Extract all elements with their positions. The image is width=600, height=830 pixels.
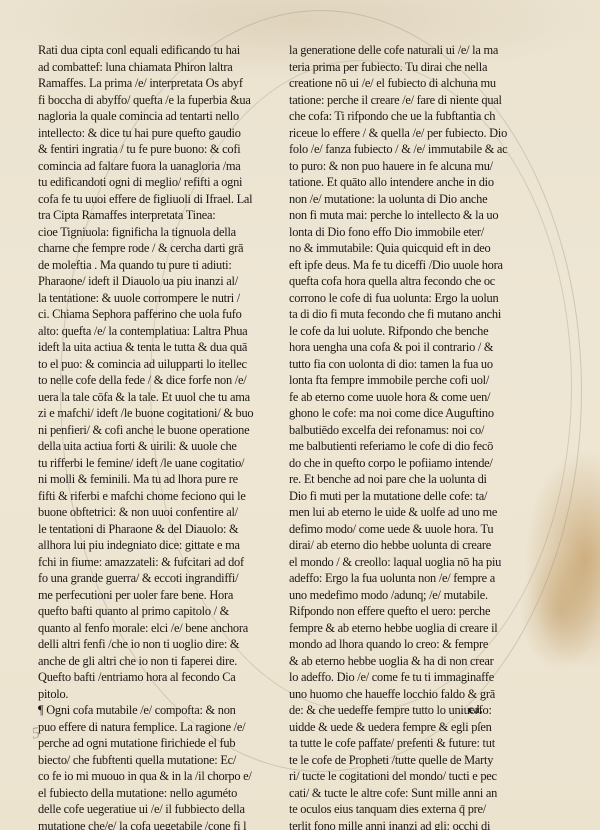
text-line: me balbutienti referiamo le cofe di dio … [289,438,527,455]
text-line: do che in quefto corpo le pofiiamo inten… [289,455,527,472]
text-line: corrono le cofe di fua uolunta: Ergo la … [289,290,527,307]
text-line: quanto al fenfo morale: elci /e/ bene an… [38,620,278,637]
text-line: le cofe da lui uolute. Rifpondo che benc… [289,323,527,340]
text-line: buone obftetrici: & non uuoi confentire … [38,504,278,521]
text-line: adeffo: Ergo la fua uolunta non /e/ femp… [289,570,527,587]
text-line: Pharaone/ ideft il Diauolo ua piu inanzi… [38,273,278,290]
text-line: le tentationi di Pharaone & del Diauolo:… [38,521,278,538]
text-line: puo effere di natura femplice. La ragion… [38,719,278,736]
text-line: balbutiēdo excelfa dei refonamus: noi co… [289,422,527,439]
text-line: Rifpondo non effere quefto el uero: perc… [289,603,527,620]
text-line: tatione. Et quāto allo intendere anche i… [289,174,527,191]
text-line: de moleftia . Ma quando tu pure ti adiut… [38,257,278,274]
text-line: ni molli & feminili. Ma tu ad lhora pure… [38,471,278,488]
text-line: & fentiri ingratia / tu fe pure buono: &… [38,141,278,158]
text-line: co fe io mi muouo in qua & in la /il cho… [38,768,278,785]
text-line: ta tutte le cofe paffate/ prefenti & fut… [289,735,527,752]
text-line: intellecto: & dice tu hai pure quefto ga… [38,125,278,142]
document-page: Rati dua cipta conl equali edificando tu… [0,0,600,830]
text-line: perche ad ogni mutatione firichiede el f… [38,735,278,752]
text-line: fo una grande guerra/ & eccoti ingrandif… [38,570,278,587]
text-line: fi boccha di abyffo/ quefta /e la fuperb… [38,92,278,109]
text-line: creatione nō ui /e/ el fubiecto di alchu… [289,75,527,92]
text-line: charne che fempre rode / & cercha darti … [38,240,278,257]
text-line: uno medefimo modo /adunq; /e/ mutabile. [289,587,527,604]
text-line: anche de gli altri che io non ti faperei… [38,653,278,670]
text-line: ¶ Ogni cofa mutabile /e/ compofta: & non [38,702,278,719]
text-line: to puro: & non puo hauere in fe alcuna m… [289,158,527,175]
text-line: quefto bafti quanto al primo capitolo / … [38,603,278,620]
text-line: non fi muta mai: perche lo intellecto & … [289,207,527,224]
text-line: el fubiecto della mutatione: nello agumé… [38,785,278,802]
text-line: Quefto bafti /entriamo hora al fecondo C… [38,669,278,686]
text-line: uno huomo che haueffe locchio faldo & gr… [289,686,527,703]
text-line: cati/ & tucte le altre cofe: Sunt mille … [289,785,527,802]
text-line: la generatione delle cofe naturali ui /e… [289,42,527,59]
text-line: tra Cipta Ramaffes interpretata Tinea: [38,207,278,224]
text-line: men lui ab eterno le uide & uolfe ad uno… [289,504,527,521]
left-text-column: Rati dua cipta conl equali edificando tu… [38,42,278,830]
text-line: te le cofe de Propheti /tutte quelle de … [289,752,527,769]
text-line: tu rifferbi le femine/ ideft /le uane co… [38,455,278,472]
text-line: zi e mafchi/ ideft /le buone cogitationi… [38,405,278,422]
text-line: folo /e/ fanza fubiecto / & /e/ immutabi… [289,141,527,158]
text-line: biecto/ che fubftenti quella mutatione: … [38,752,278,769]
text-line: fchi in fiume: amazzateli: & fufcitari a… [38,554,278,571]
text-line: defimo modo/ come uede & uuole hora. Tu [289,521,527,538]
text-line: re. Et benche ad noi pare che la uolunta… [289,471,527,488]
text-line: mutatione che/e/ la cofa uegetabile /con… [38,818,278,830]
text-line: cofa fe tu uuoi effere de figliuoli di I… [38,191,278,208]
text-line: de: & che uedeffe fempre tutto lo uniuer… [289,702,527,719]
text-line: uidde & uede & uedera fempre & egli pſen [289,719,527,736]
text-line: riceue lo effere / & quella /e/ per fubi… [289,125,527,142]
text-line: & ab eterno hebbe uoglia & ha di non cre… [289,653,527,670]
text-line: ta di dio fi muta fecondo che fi mutano … [289,306,527,323]
text-line: dirai/ ab eterno dio hebbe uolunta di cr… [289,537,527,554]
text-line: nagloria la quale comincia ad tentarti n… [38,108,278,125]
text-line: tutto fia con uolonta di dio: tamen la f… [289,356,527,373]
text-line: delle cofe uegeratiue ui /e/ il fubbiect… [38,801,278,818]
text-line: ghono le cofe: ma noi come dice Auguftin… [289,405,527,422]
text-line: lo adeffo. Dio /e/ come fe tu ti immagin… [289,669,527,686]
text-line: quefta cofa hora quella altra fecondo ch… [289,273,527,290]
text-line: delli altri fenfi /che io non ti uoglio … [38,636,278,653]
right-text-column: la generatione delle cofe naturali ui /e… [289,42,527,830]
text-line: fe ab eterno come uuole hora & come uen/ [289,389,527,406]
text-line: cioe Tigniuola: fignificha la tignuola d… [38,224,278,241]
text-line: della uita actiua forti & uirili: & uuol… [38,438,278,455]
text-line: to el puo: & comincia ad uilupparti lo i… [38,356,278,373]
text-line: te oculos eius tanquam dies externa q̄ p… [289,801,527,818]
text-line: no & immutabile: Quia quicquid eft in de… [289,240,527,257]
text-line: uera la tale cōfa & la tale. Et uuol che… [38,389,278,406]
text-line: pitolo. [38,686,278,703]
text-line: Ramaffes. La prima /e/ interpretata Os a… [38,75,278,92]
text-line: teria prima per fubiecto. Tu dirai che n… [289,59,527,76]
text-line: Dio fi muti per la mutatione delle cofe:… [289,488,527,505]
text-line: allhora lui piu indegniato dice: gittate… [38,537,278,554]
text-line: tatione: perche il creare /e/ fare di ni… [289,92,527,109]
text-line: non /e/ mutatione: la uolunta di Dio anc… [289,191,527,208]
text-line: comincia ad faltare fuora la uanagloria … [38,158,278,175]
text-line: me perfecutioni per uoler fare bene. Hor… [38,587,278,604]
text-line: ni penfieri/ & cofi anche le buone opera… [38,422,278,439]
text-line: tu edificandoti ogni di meglio/ refifti … [38,174,278,191]
text-line: fifti & riferbi e mafchi chome feciono q… [38,488,278,505]
text-line: terlit fono mille anni inanzi ad gli: oc… [289,818,527,830]
text-line: lonta fta fempre immobile perche cofi uo… [289,372,527,389]
text-line: el mondo / & creollo: laqual uoglia nō h… [289,554,527,571]
text-line: la tentatione: & uuole corrompere le nut… [38,290,278,307]
text-line: to nelle cofe della fede / & dice forfe … [38,372,278,389]
text-line: che cofa: Ti rifpondo che ue la fubftant… [289,108,527,125]
text-line: alto: quefta /e/ la contemplatiua: Laltr… [38,323,278,340]
text-line: fempre & ab eterno hebbe uoglia di crear… [289,620,527,637]
text-line: mondo ad lhora quando lo creo: & fempre [289,636,527,653]
text-line: ri/ tucte le cogitationi del mondo/ tuct… [289,768,527,785]
text-line: ci. Chiama Sephora pafferino che uola fu… [38,306,278,323]
text-line: ideft la uita actiua & tenta le tutta & … [38,339,278,356]
text-line: eft ipfe deus. Ma fe tu diceffi /Dio uuo… [289,257,527,274]
text-line: lonta di Dio fono effo Dio immobile eter… [289,224,527,241]
signature-mark: c.i. [468,702,483,717]
text-line: Rati dua cipta conl equali edificando tu… [38,42,278,59]
text-line: ad combattef: luna chiamata Phiron laltr… [38,59,278,76]
text-line: hora uengha una cofa & poi il contrario … [289,339,527,356]
